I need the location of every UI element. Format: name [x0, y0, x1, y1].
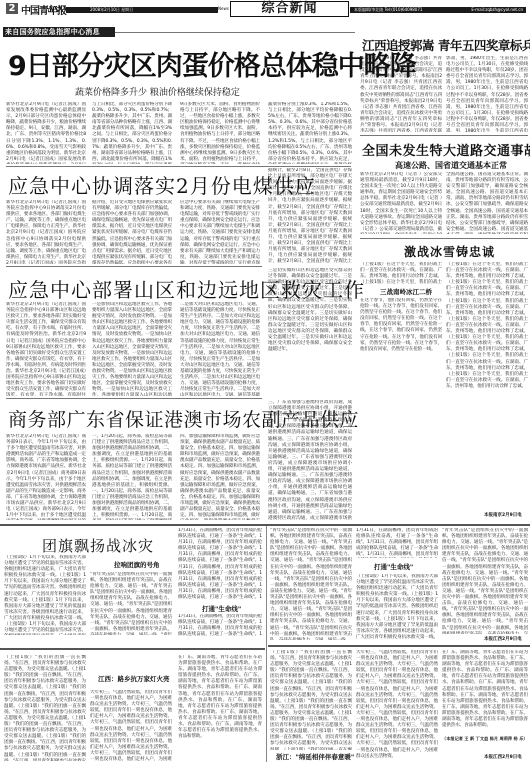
subheadline-no-major-accidents: 高速公路、国省道交通基本正常: [395, 160, 507, 171]
article-column: "青年突击队"是团组织在抗灾中的一面旗帜。各地团组织组建青年突击队，奋战在抢修电…: [90, 572, 172, 635]
article-column: （上接1版）"我们的团旗一直在飘扬。"在江西，团员青年积极参与抗冰救灾志愿服务，…: [270, 650, 352, 750]
article-column: （上接1版）1月下旬以来，我国南方大部分地区遭受了罕见的低温雨雪冰冻灾害。各级团…: [4, 555, 86, 635]
subhead: 三战南岭冰江二桥: [380, 287, 432, 296]
article-column: 据介绍，近日受灾地区电煤供应紧张状况有所缓解，部分电厂电煤库存仍然偏低。应急指挥…: [92, 200, 172, 264]
divider: [360, 135, 528, 136]
divider: [266, 526, 267, 762]
credit-line: 本报江西2月9日电: [484, 636, 522, 642]
credit-line: （本报记者 王 新 丁文益 陈月 周莉萍 杨 乐）: [442, 736, 528, 742]
subhead: 拉响团旗的号角: [114, 560, 160, 569]
editor-bar: 本版编辑/李北陵 Tel:(010)64098071 E-mail:zqbzh@…: [350, 7, 526, 13]
article-column: 新华社北京2月9日电（记者江国成）国务院应急指挥中心9日部署山区和边远地区救灾工…: [6, 302, 86, 396]
article-column: 据统计，截至2月8日，全国直供电厂存煤比上月底有所增加，部分地区电厂存煤天数回升…: [268, 168, 352, 264]
subhead: 打通"生命线": [202, 604, 241, 613]
article-column: 四、加强运输保障和市场监测，做好应急预案，确保供港澳农副产品数量充足、质量安全、…: [180, 434, 260, 520]
article-column: "青年突击队"是团组织在抗灾中的一面旗帜。各地团组织组建青年突击队，奋战在抢修电…: [270, 528, 352, 640]
article-column: 新华社北京2月9日电（记者 ）公安部交通管理局最新消息，截至2月9日18时，全国…: [360, 172, 442, 234]
article-column: 一、1月20日起，商务部、质检总局等部门建立了供港澳鲜活商品应急工作机制，加强对…: [92, 434, 172, 520]
article-column: （上接1版）1月下旬以来，我国南方大部分地区遭受了罕见的低温雨雪冰冻灾害。各级团…: [356, 574, 438, 640]
article-column: （上接1版）在这个冬天里，我们的战士们一直坚守在抗冰救灾一线。在湖南、广东、贵州…: [446, 262, 528, 508]
article-column: 全国高速公路、国省道交通基本正常。湖南、贵州等地部分路段仍有积雪结冰，公安交警部…: [446, 172, 528, 234]
news-tag: News: [218, 6, 228, 14]
divider: [0, 524, 530, 526]
subhead: 打通"生命线": [374, 562, 413, 571]
article-column: 二是加大对山区和边远地区电力、交通、通信等基础设施的抢修力度，尽快恢复正常生产生…: [180, 302, 260, 396]
email-line: E-mail:zqbzh@cyol.net.cn: [471, 7, 523, 13]
article-column: 郭嵩，男，1980年出生，生前是江西省电力公司员工。1月30日，在抢修受损线路过…: [446, 56, 528, 132]
decorative-hatch: [48, 6, 66, 12]
article-column: "青年突击队"是团组织在抗灾中的一面旗帜。各地团组织组建青年突击队，奋战在抢修电…: [442, 528, 528, 634]
page-number: 2: [6, 3, 18, 14]
article-column: 蔬菜价格分别上涨0.3%、1.2%和1.5%。与上日相比，部分地区平均价格降幅在…: [268, 102, 352, 164]
section-title: 综合新闻: [230, 1, 349, 17]
divider: [115, 32, 355, 33]
divider: [0, 648, 265, 650]
subhead: 浙江："绵延相伴伴春意暖": [276, 752, 354, 761]
article-column: 新华社北京2月9日电（记者江国成）国务院应急指挥中心9日协调落实2月份电煤供应，…: [6, 200, 86, 264]
headline-no-major-accidents: 全国未发生特大道路交通事故: [362, 140, 530, 159]
credit-line: 本报南京2月9日电: [484, 512, 522, 518]
article-column: 与上日相比，部分灾区鸡蛋价格分别下降0.3%、0.5%、0.3%、0.5%和0.…: [92, 102, 172, 164]
article-column: 在广东、湖南等地，青年志愿者们在车站为滞留旅客提供热水、食品和帮助。在广东、湖南…: [442, 650, 528, 732]
subheadline-meat-egg-prices: 蔬菜价格降多升少 粮油价格继续保持稳定: [75, 85, 240, 98]
divider: [268, 645, 530, 647]
article-column: 9日多数灾区大米、面粉、食用植物油价格与上日持平，部分地区略有下降。不过，一些地…: [180, 102, 260, 164]
date-bar: 2008年2月10日 星期日: [66, 7, 218, 13]
source-box: 来自国务院应急指挥中心消息: [3, 27, 115, 37]
divider: [6, 398, 262, 399]
divider: [360, 238, 528, 239]
subhead: 江西：路乡抗万家灯火亮: [98, 674, 170, 683]
article-column: 三是切实做好山区和边远地区受灾群众的过冬保障，确保群众安全温暖过年。三是切实做好…: [268, 268, 352, 396]
headline-jiangxi-hero: 江西追授郭嵩 青年五四奖章标兵"称号: [362, 36, 530, 54]
article-column: 大年初三，气温仍然较低，但团员青年们一刻也没有休息，他们走村入户，为困难群众送去…: [90, 690, 172, 761]
article-column: 在广东、湖南等地，青年志愿者们在车站为滞留旅客提供热水、食品和帮助。在广东、湖南…: [178, 655, 262, 761]
article-column: 应急中心要求有关部门继续加大电煤生产和调运力度，铁路、交通部门要优先安排电煤运输…: [180, 200, 260, 264]
divider: [6, 166, 351, 167]
article-column: 三、广东省加强与港澳特区政府沟通，成立保障港澳市场供应协调小组，开通供港澳鲜活商…: [268, 400, 352, 520]
credit-line: 本报江西2月9日电: [484, 754, 522, 760]
article-column: 本报南昌2月9日电（记者 李志强）共青团江西省委、江西省青年联合会决定，追授在抗…: [360, 56, 442, 132]
article-column: 大年初三，气温仍然较低，但团员青年们一刻也没有休息，他们走村入户，为困难群众送去…: [356, 650, 438, 762]
article-column: 新华社北京2月9日电（记者江国成）国家发展改革委价格监测中心最新监测显示，2月9…: [6, 102, 86, 164]
article-column: 1月31日，在湖南郴州，团员青年组成的抢修队连续奋战，打通了一条条"生命线"。1…: [178, 528, 262, 600]
editor-line: 本版编辑/李北陵 Tel:(010)64098071: [354, 7, 422, 13]
headline-meat-egg-prices: 9日部分灾区肉蛋价格总体稳中略降: [8, 52, 353, 82]
article-column: 在这个春节，他们没有回家，仍然坚守在抢险一线。在这个春节，他们没有回家，仍然坚守…: [360, 298, 442, 516]
divider: [6, 266, 262, 267]
article-column: 1月31日，在湖南郴州，团员青年组成的抢修队连续奋战，打通了一条条"生命线"。1…: [356, 528, 438, 558]
headline-flag-flying: 团旗飘扬战冰灾: [42, 535, 154, 556]
article-column: 1月31日，在湖南郴州，团员青年组成的抢修队连续奋战，打通了一条条"生命线"。1…: [178, 614, 262, 636]
headline-fight-snow: 激战冰雪铸忠诚: [404, 243, 495, 260]
article-column: 新华社北京2月9日电（记者江国成）商务部9日表示，今年1月中下旬以来，由于多个地…: [6, 434, 86, 520]
article-column: （上接1版）在这个冬天里，我们的战士们一直坚守在抗冰救灾一线。在湖南、广东、贵州…: [360, 262, 442, 284]
article-column: 一是加快山区和边远地区救灾工作。各地要组织力量深入山区和边远地区，全面掌握受灾情…: [92, 302, 172, 396]
article-column: （上接1版）"我们的团旗一直在飘扬。"在江西，团员青年积极参与抗冰救灾志愿服务，…: [4, 655, 86, 761]
date-line: 2008年2月10日 星期日: [90, 7, 133, 13]
